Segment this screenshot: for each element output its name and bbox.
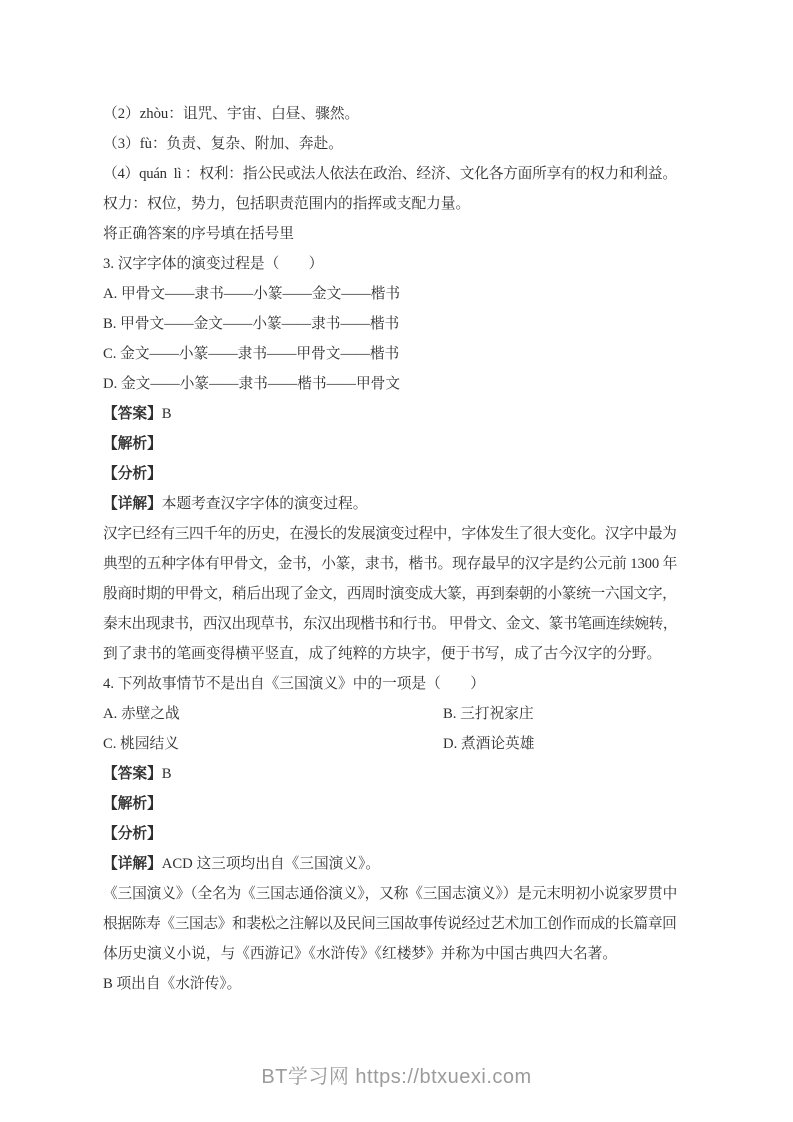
document-line: 到了隶书的笔画变得横平竖直，成了纯粹的方块字，便于书写，成了古今汉字的分野。 bbox=[103, 639, 677, 669]
document-line: A. 甲骨文——隶书——小篆——金文——楷书 bbox=[103, 279, 677, 309]
option-right: B. 三打祝家庄 bbox=[443, 706, 534, 722]
bracket-tag: 【分析】 bbox=[103, 466, 162, 482]
bracket-tag: 【解析】 bbox=[103, 436, 162, 452]
document-line: （4）quán lì ：权利：指公民或法人依法在政治、经济、文化各方面所享有的权… bbox=[103, 159, 677, 189]
document-line: 权力：权位，势力，包括职责范围内的指挥或支配力量。 bbox=[103, 189, 677, 219]
document-line: 根据陈寿《三国志》和裴松之注解以及民间三国故事传说经过艺术加工创作而成的长篇章回 bbox=[103, 909, 677, 939]
document-line: B 项出自《水浒传》。 bbox=[103, 969, 677, 999]
document-line: C. 金文——小篆——隶书——甲骨文——楷书 bbox=[103, 339, 677, 369]
bracket-tag: 【分析】 bbox=[103, 826, 162, 842]
document-line: C. 桃园结义D. 煮酒论英雄 bbox=[103, 729, 677, 759]
tag-content: B bbox=[162, 766, 172, 782]
watermark: BT学习网 https://btxuexi.com bbox=[0, 1062, 793, 1092]
document-line: 体历史演义小说，与《西游记》《水浒传》《红楼梦》并称为中国古典四大名著。 bbox=[103, 939, 677, 969]
tag-content: 本题考查汉字字体的演变过程。 bbox=[162, 496, 368, 512]
document-line: 殷商时期的甲骨文，稍后出现了金文，西周时演变成大篆，再到秦朝的小篆统一六国文字， bbox=[103, 579, 677, 609]
document-line: 4. 下列故事情节不是出自《三国演义》中的一项是（ ） bbox=[103, 669, 677, 699]
document-body: （2）zhòu：诅咒、宇宙、白昼、骤然。（3）fù：负责、复杂、附加、奔赴。（4… bbox=[103, 99, 677, 999]
option-left: C. 桃园结义 bbox=[103, 729, 443, 759]
document-line: （3）fù：负责、复杂、附加、奔赴。 bbox=[103, 129, 677, 159]
document-line: 【详解】本题考查汉字字体的演变过程。 bbox=[103, 489, 677, 519]
tag-content: ACD 这三项均出自《三国演义》。 bbox=[162, 856, 380, 872]
document-line: A. 赤壁之战B. 三打祝家庄 bbox=[103, 699, 677, 729]
bracket-tag: 【详解】 bbox=[103, 496, 162, 512]
option-left: A. 赤壁之战 bbox=[103, 699, 443, 729]
bracket-tag: 【解析】 bbox=[103, 796, 162, 812]
document-line: 汉字已经有三四千年的历史，在漫长的发展演变过程中，字体发生了很大变化。汉字中最为 bbox=[103, 519, 677, 549]
document-line: 【详解】ACD 这三项均出自《三国演义》。 bbox=[103, 849, 677, 879]
document-line: D. 金文——小篆——隶书——楷书——甲骨文 bbox=[103, 369, 677, 399]
document-line: 【答案】B bbox=[103, 759, 677, 789]
document-line: 3. 汉字字体的演变过程是（ ） bbox=[103, 249, 677, 279]
bracket-tag: 【详解】 bbox=[103, 856, 162, 872]
tag-content: B bbox=[162, 406, 172, 422]
document-line: 【分析】 bbox=[103, 459, 677, 489]
option-right: D. 煮酒论英雄 bbox=[443, 736, 534, 752]
document-line: B. 甲骨文——金文——小篆——隶书——楷书 bbox=[103, 309, 677, 339]
exam-document-page: （2）zhòu：诅咒、宇宙、白昼、骤然。（3）fù：负责、复杂、附加、奔赴。（4… bbox=[0, 0, 793, 1122]
document-line: 秦末出现隶书，西汉出现草书，东汉出现楷书和行书。 甲骨文、金文、篆书笔画连续婉转… bbox=[103, 609, 677, 639]
document-line: 典型的五种字体有甲骨文，金书，小篆，隶书，楷书。现存最早的汉字是约公元前 130… bbox=[103, 549, 677, 579]
document-line: 【解析】 bbox=[103, 429, 677, 459]
document-line: 【分析】 bbox=[103, 819, 677, 849]
document-line: 将正确答案的序号填在括号里 bbox=[103, 219, 677, 249]
document-line: 《三国演义》（全名为《三国志通俗演义》，又称《三国志演义》）是元末明初小说家罗贯… bbox=[103, 879, 677, 909]
document-line: 【答案】B bbox=[103, 399, 677, 429]
document-line: 【解析】 bbox=[103, 789, 677, 819]
bracket-tag: 【答案】 bbox=[103, 766, 162, 782]
bracket-tag: 【答案】 bbox=[103, 406, 162, 422]
document-line: （2）zhòu：诅咒、宇宙、白昼、骤然。 bbox=[103, 99, 677, 129]
